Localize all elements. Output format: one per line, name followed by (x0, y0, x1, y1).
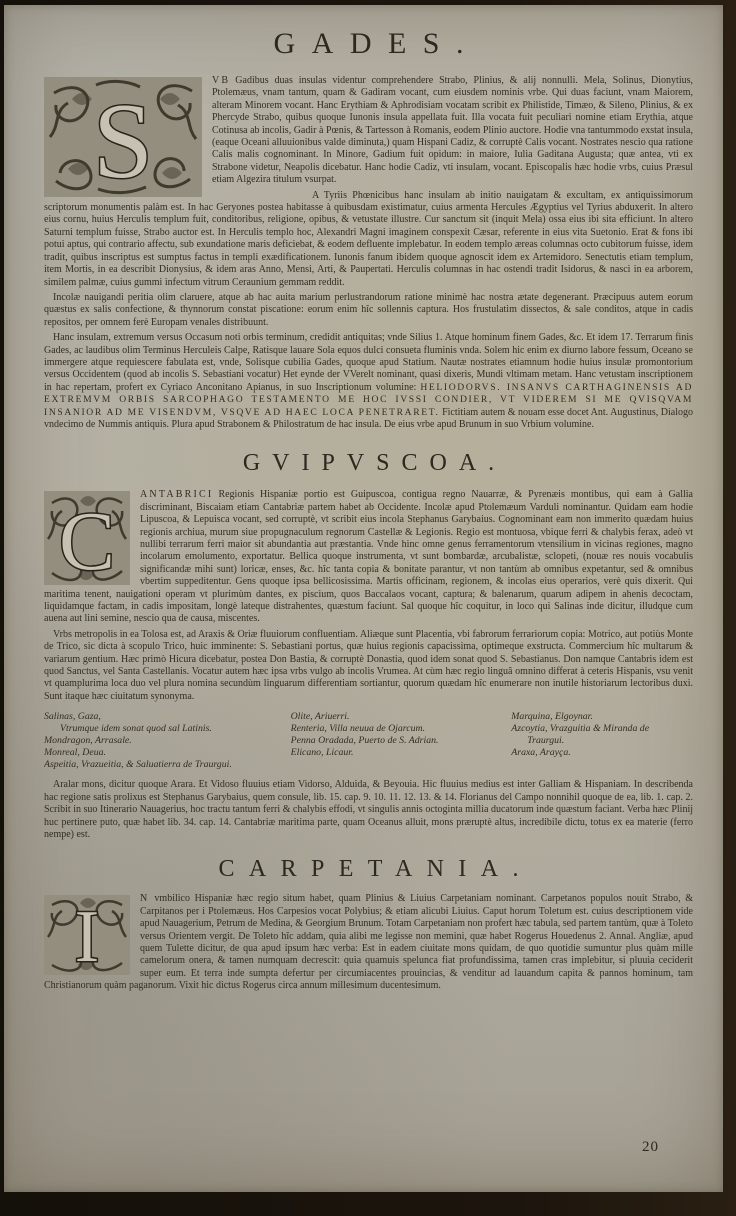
woodcut-foliage: I (44, 895, 130, 975)
synonym-entry: Aspeitia, Vrazueitia, & Saluatierra de T… (44, 759, 291, 771)
synonym-entry: Salinas, Gaza, (44, 711, 291, 723)
dropcap-letter: S (93, 82, 153, 197)
guipuscoa-paragraph-3: Aralar mons, dicitur quoque Arara. Et Vi… (44, 779, 693, 841)
synonym-entry: Araxa, Arayça. (511, 747, 693, 759)
book-page: GADES. S (4, 5, 723, 1192)
dropcap-letter: I (75, 896, 100, 975)
synonym-entry: Traurgui. (511, 735, 693, 747)
woodcut-initial-c: C (44, 491, 130, 585)
page-number: 20 (642, 1139, 659, 1156)
paragraph-text: vmbilico Hispaniæ hæc regio situm habet,… (44, 893, 693, 991)
gades-paragraph-2: A Tyriis Phœnicibus hanc insulam ab init… (44, 190, 693, 289)
synonym-entry: Vtrumque idem sonat quod sal Latinis. (44, 723, 291, 735)
carpetania-paragraph-1: Nvmbilico Hispaniæ hæc regio situm habet… (44, 893, 693, 992)
synonym-entry: Mondragon, Arrasale. (44, 735, 291, 747)
section-title-gades: GADES. (44, 5, 693, 75)
section-gades: S VBGadibus duas insulas videntur compre… (44, 75, 693, 434)
dropcap-letter: C (59, 495, 115, 585)
synonym-entry: Renteria, Villa neuua de Ojarcum. (291, 723, 512, 735)
city-synonyms-table: Salinas, Gaza, Vtrumque idem sonat quod … (44, 711, 693, 771)
lead-caps: N (140, 893, 149, 904)
synonyms-column-2: Olite, Ariuerri. Renteria, Villa neuua d… (291, 711, 512, 771)
section-title-carpetania: CARPETANIA. (44, 844, 693, 893)
synonym-entry: Monreal, Deua. (44, 747, 291, 759)
guipuscoa-paragraph-2: Vrbs metropolis in ea Tolosa est, ad Ara… (44, 629, 693, 703)
synonym-entry: Olite, Ariuerri. (291, 711, 512, 723)
lead-caps: ANTABRICI (140, 489, 213, 500)
synonym-entry: Azcoytia, Vrazguitia & Miranda de (511, 723, 693, 735)
section-guipuscoa: C ANTABRICIRegionis Hispaniæ portio est … (44, 489, 693, 844)
gades-paragraph-3: Incolæ nauigandi peritia olim claruere, … (44, 292, 693, 329)
paragraph-text: Gadibus duas insulas videntur comprehend… (212, 75, 693, 185)
synonyms-column-3: Marquina, Elgoynar. Azcoytia, Vrazguitia… (511, 711, 693, 771)
paragraph-text: Regionis Hispaniæ portio est Guipuscoa, … (44, 489, 693, 624)
lead-caps: VB (212, 75, 230, 86)
woodcut-initial-s: S (44, 77, 202, 197)
guipuscoa-paragraph-1: ANTABRICIRegionis Hispaniæ portio est Gu… (44, 489, 693, 625)
synonym-entry: Elicano, Licaur. (291, 747, 512, 759)
gades-paragraph-4: Hanc insulam, extremum versus Occasum no… (44, 332, 693, 431)
woodcut-foliage: S (44, 77, 202, 197)
synonym-entry: Penna Oradada, Puerto de S. Adrian. (291, 735, 512, 747)
synonym-entry: Marquina, Elgoynar. (511, 711, 693, 723)
section-carpetania: I Nvmbilico Hispaniæ hæc regio situm hab… (44, 893, 693, 995)
synonyms-column-1: Salinas, Gaza, Vtrumque idem sonat quod … (44, 711, 291, 771)
woodcut-initial-i: I (44, 895, 130, 975)
woodcut-foliage: C (44, 491, 130, 585)
book-photo: GADES. S (0, 0, 736, 1216)
section-title-guipuscoa: GVIPVSCOA. (44, 434, 693, 489)
